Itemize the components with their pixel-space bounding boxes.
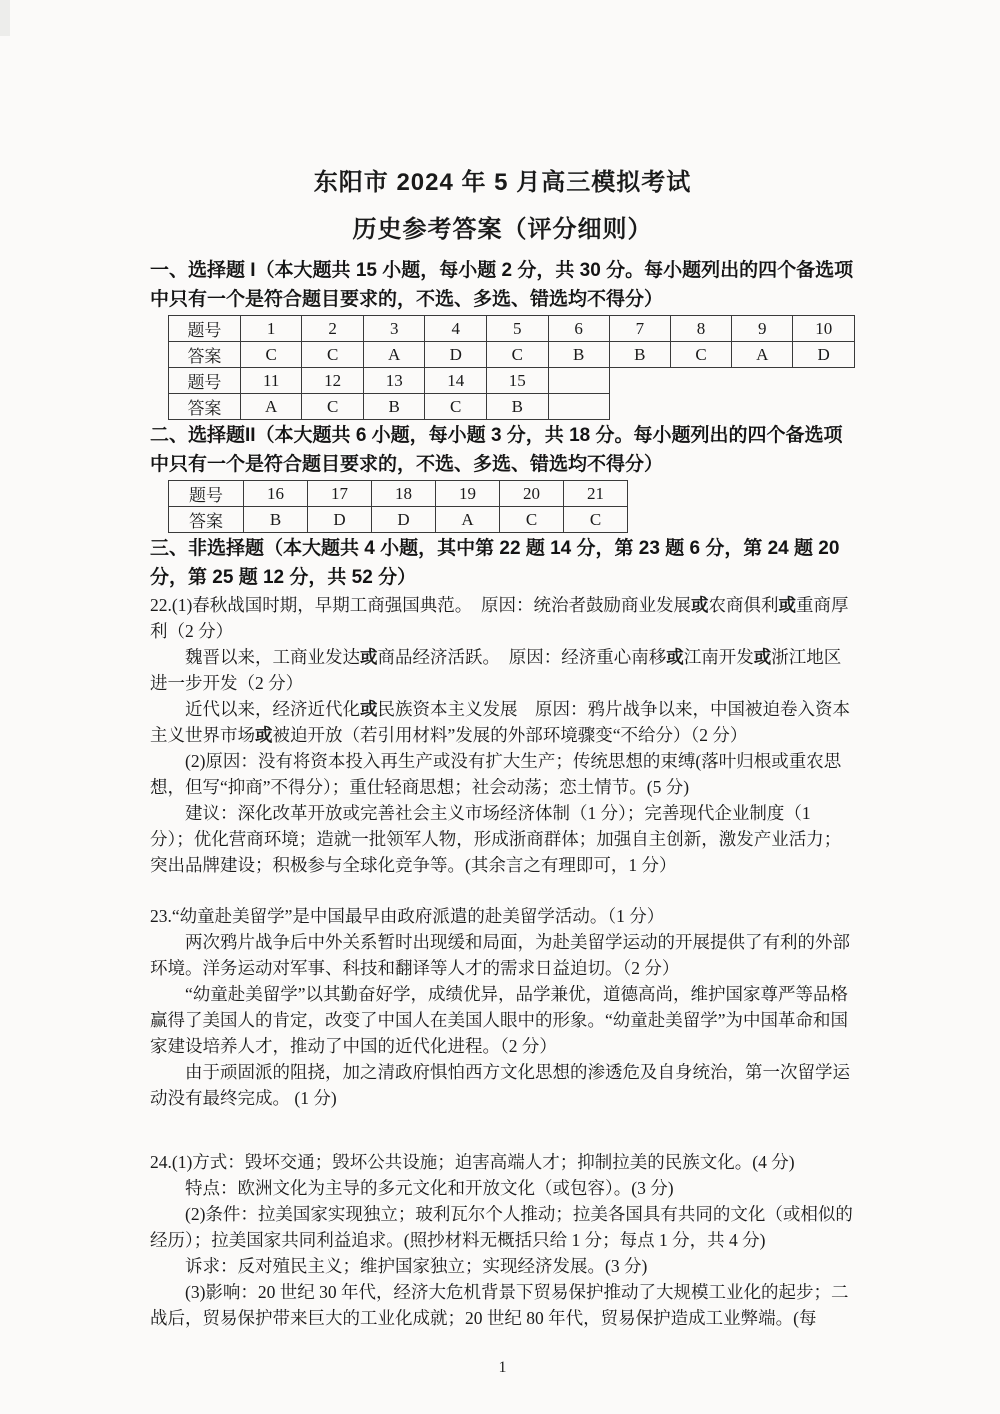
- table-row: 答案 B D D A C C: [169, 507, 628, 533]
- section-1-heading: 一、选择题 I（本大题共 15 小题，每小题 2 分，共 30 分。每小题列出的…: [150, 256, 855, 314]
- answer-cell: C: [302, 342, 364, 368]
- answer-cell: B: [244, 507, 308, 533]
- question-23-answer: 23.“幼童赴美留学”是中国最早由政府派遣的赴美留学活动。（1 分） 两次鸦片战…: [150, 903, 855, 1111]
- page-title: 东阳市 2024 年 5 月高三模拟考试: [150, 168, 855, 198]
- answer-table-1: 题号 1 2 3 4 5 6 7 8 9 10 答案 C C A D C B B…: [168, 315, 855, 420]
- answer-cell: C: [240, 342, 302, 368]
- section-3-heading: 三、非选择题（本大题共 4 小题，其中第 22 题 14 分，第 23 题 6 …: [150, 534, 855, 592]
- q23-paragraph-2: 两次鸦片战争后中外关系暂时出现缓和局面，为赴美留学运动的开展提供了有利的外部环境…: [150, 929, 855, 981]
- q22-paragraph-1: 22.(1)春秋战国时期，早期工商强国典范。 原因：统治者鼓励商业发展或农商俱利…: [150, 592, 855, 644]
- question-number-cell: 1: [240, 316, 302, 342]
- question-number-cell: 17: [308, 481, 372, 507]
- q22-paragraph-3: 近代以来，经济近代化或民族资本主义发展 原因：鸦片战争以来，中国被迫卷入资本主义…: [150, 696, 855, 748]
- q23-paragraph-4: 由于顽固派的阻挠，加之清政府惧怕西方文化思想的渗透危及自身统治，第一次留学运动没…: [150, 1059, 855, 1111]
- answer-cell: D: [793, 342, 855, 368]
- answer-cell: B: [548, 342, 609, 368]
- answer-cell: C: [670, 342, 731, 368]
- q24-paragraph-4: 诉求：反对殖民主义；维护国家独立；实现经济发展。(3 分): [150, 1253, 855, 1279]
- answer-cell: C: [302, 394, 364, 420]
- row-label-cell: 答案: [169, 507, 244, 533]
- question-number-cell: 14: [425, 368, 487, 394]
- scan-edge-artifact: [0, 0, 10, 36]
- question-24-answer: 24.(1)方式：毁坏交通；毁坏公共设施；迫害高端人才；抑制拉美的民族文化。(4…: [150, 1149, 855, 1331]
- answer-cell: A: [240, 394, 302, 420]
- question-22-answer: 22.(1)春秋战国时期，早期工商强国典范。 原因：统治者鼓励商业发展或农商俱利…: [150, 592, 855, 878]
- page-number: 1: [150, 1359, 855, 1377]
- question-number-cell: 5: [486, 316, 548, 342]
- question-number-cell: 4: [425, 316, 487, 342]
- answer-cell: C: [500, 507, 564, 533]
- answer-cell: A: [732, 342, 793, 368]
- question-number-cell: 11: [240, 368, 302, 394]
- answer-cell: A: [436, 507, 500, 533]
- question-number-cell: 16: [244, 481, 308, 507]
- row-label-cell: 答案: [169, 342, 241, 368]
- question-number-cell: 6: [548, 316, 609, 342]
- question-number-cell: 8: [670, 316, 731, 342]
- answer-cell: C: [486, 342, 548, 368]
- empty-cell: [548, 368, 609, 394]
- document-page: 东阳市 2024 年 5 月高三模拟考试 历史参考答案（评分细则） 一、选择题 …: [0, 0, 1000, 1377]
- table-row: 题号 1 2 3 4 5 6 7 8 9 10: [169, 316, 855, 342]
- row-label-cell: 题号: [169, 368, 241, 394]
- answer-table-2: 题号 16 17 18 19 20 21 答案 B D D A C C: [168, 480, 628, 533]
- question-number-cell: 21: [564, 481, 628, 507]
- table-row: 答案 C C A D C B B C A D: [169, 342, 855, 368]
- table-row: 答案 A C B C B: [169, 394, 855, 420]
- empty-cell: [548, 394, 609, 420]
- question-number-cell: 12: [302, 368, 364, 394]
- question-number-cell: 9: [732, 316, 793, 342]
- q24-paragraph-1: 24.(1)方式：毁坏交通；毁坏公共设施；迫害高端人才；抑制拉美的民族文化。(4…: [150, 1149, 855, 1175]
- q22-paragraph-4: (2)原因：没有将资本投入再生产或没有扩大生产；传统思想的束缚(落叶归根或重农思…: [150, 748, 855, 800]
- row-label-cell: 题号: [169, 481, 244, 507]
- answer-cell: D: [372, 507, 436, 533]
- question-number-cell: 10: [793, 316, 855, 342]
- answer-cell: A: [363, 342, 425, 368]
- answer-cell: B: [363, 394, 425, 420]
- table-row: 题号 16 17 18 19 20 21: [169, 481, 628, 507]
- section-2-heading: 二、选择题II（本大题共 6 小题，每小题 3 分，共 18 分。每小题列出的四…: [150, 421, 855, 479]
- answer-cell: D: [308, 507, 372, 533]
- question-number-cell: 15: [486, 368, 548, 394]
- q24-paragraph-5: (3)影响：20 世纪 30 年代，经济大危机背景下贸易保护推动了大规模工业化的…: [150, 1279, 855, 1331]
- q22-paragraph-5: 建议：深化改革开放或完善社会主义市场经济体制（1 分）；完善现代企业制度（1 分…: [150, 800, 855, 878]
- answer-cell: D: [425, 342, 487, 368]
- question-number-cell: 2: [302, 316, 364, 342]
- question-number-cell: 20: [500, 481, 564, 507]
- row-label-cell: 答案: [169, 394, 241, 420]
- q24-paragraph-3: (2)条件：拉美国家实现独立；玻利瓦尔个人推动；拉美各国具有共同的文化（或相似的…: [150, 1201, 855, 1253]
- answer-cell: C: [425, 394, 487, 420]
- q23-paragraph-1: 23.“幼童赴美留学”是中国最早由政府派遣的赴美留学活动。（1 分）: [150, 903, 855, 929]
- row-label-cell: 题号: [169, 316, 241, 342]
- q23-paragraph-3: “幼童赴美留学”以其勤奋好学，成绩优异，品学兼优，道德高尚，维护国家尊严等品格赢…: [150, 981, 855, 1059]
- answer-cell: B: [486, 394, 548, 420]
- question-number-cell: 13: [363, 368, 425, 394]
- answer-cell: C: [564, 507, 628, 533]
- answer-cell: B: [609, 342, 670, 368]
- table-row: 题号 11 12 13 14 15: [169, 368, 855, 394]
- q22-paragraph-2: 魏晋以来，工商业发达或商品经济活跃。 原因：经济重心南移或江南开发或浙江地区进一…: [150, 644, 855, 696]
- question-number-cell: 19: [436, 481, 500, 507]
- question-number-cell: 18: [372, 481, 436, 507]
- question-number-cell: 7: [609, 316, 670, 342]
- q24-paragraph-2: 特点：欧洲文化为主导的多元文化和开放文化（或包容）。(3 分): [150, 1175, 855, 1201]
- question-number-cell: 3: [363, 316, 425, 342]
- page-subtitle: 历史参考答案（评分细则）: [150, 215, 855, 245]
